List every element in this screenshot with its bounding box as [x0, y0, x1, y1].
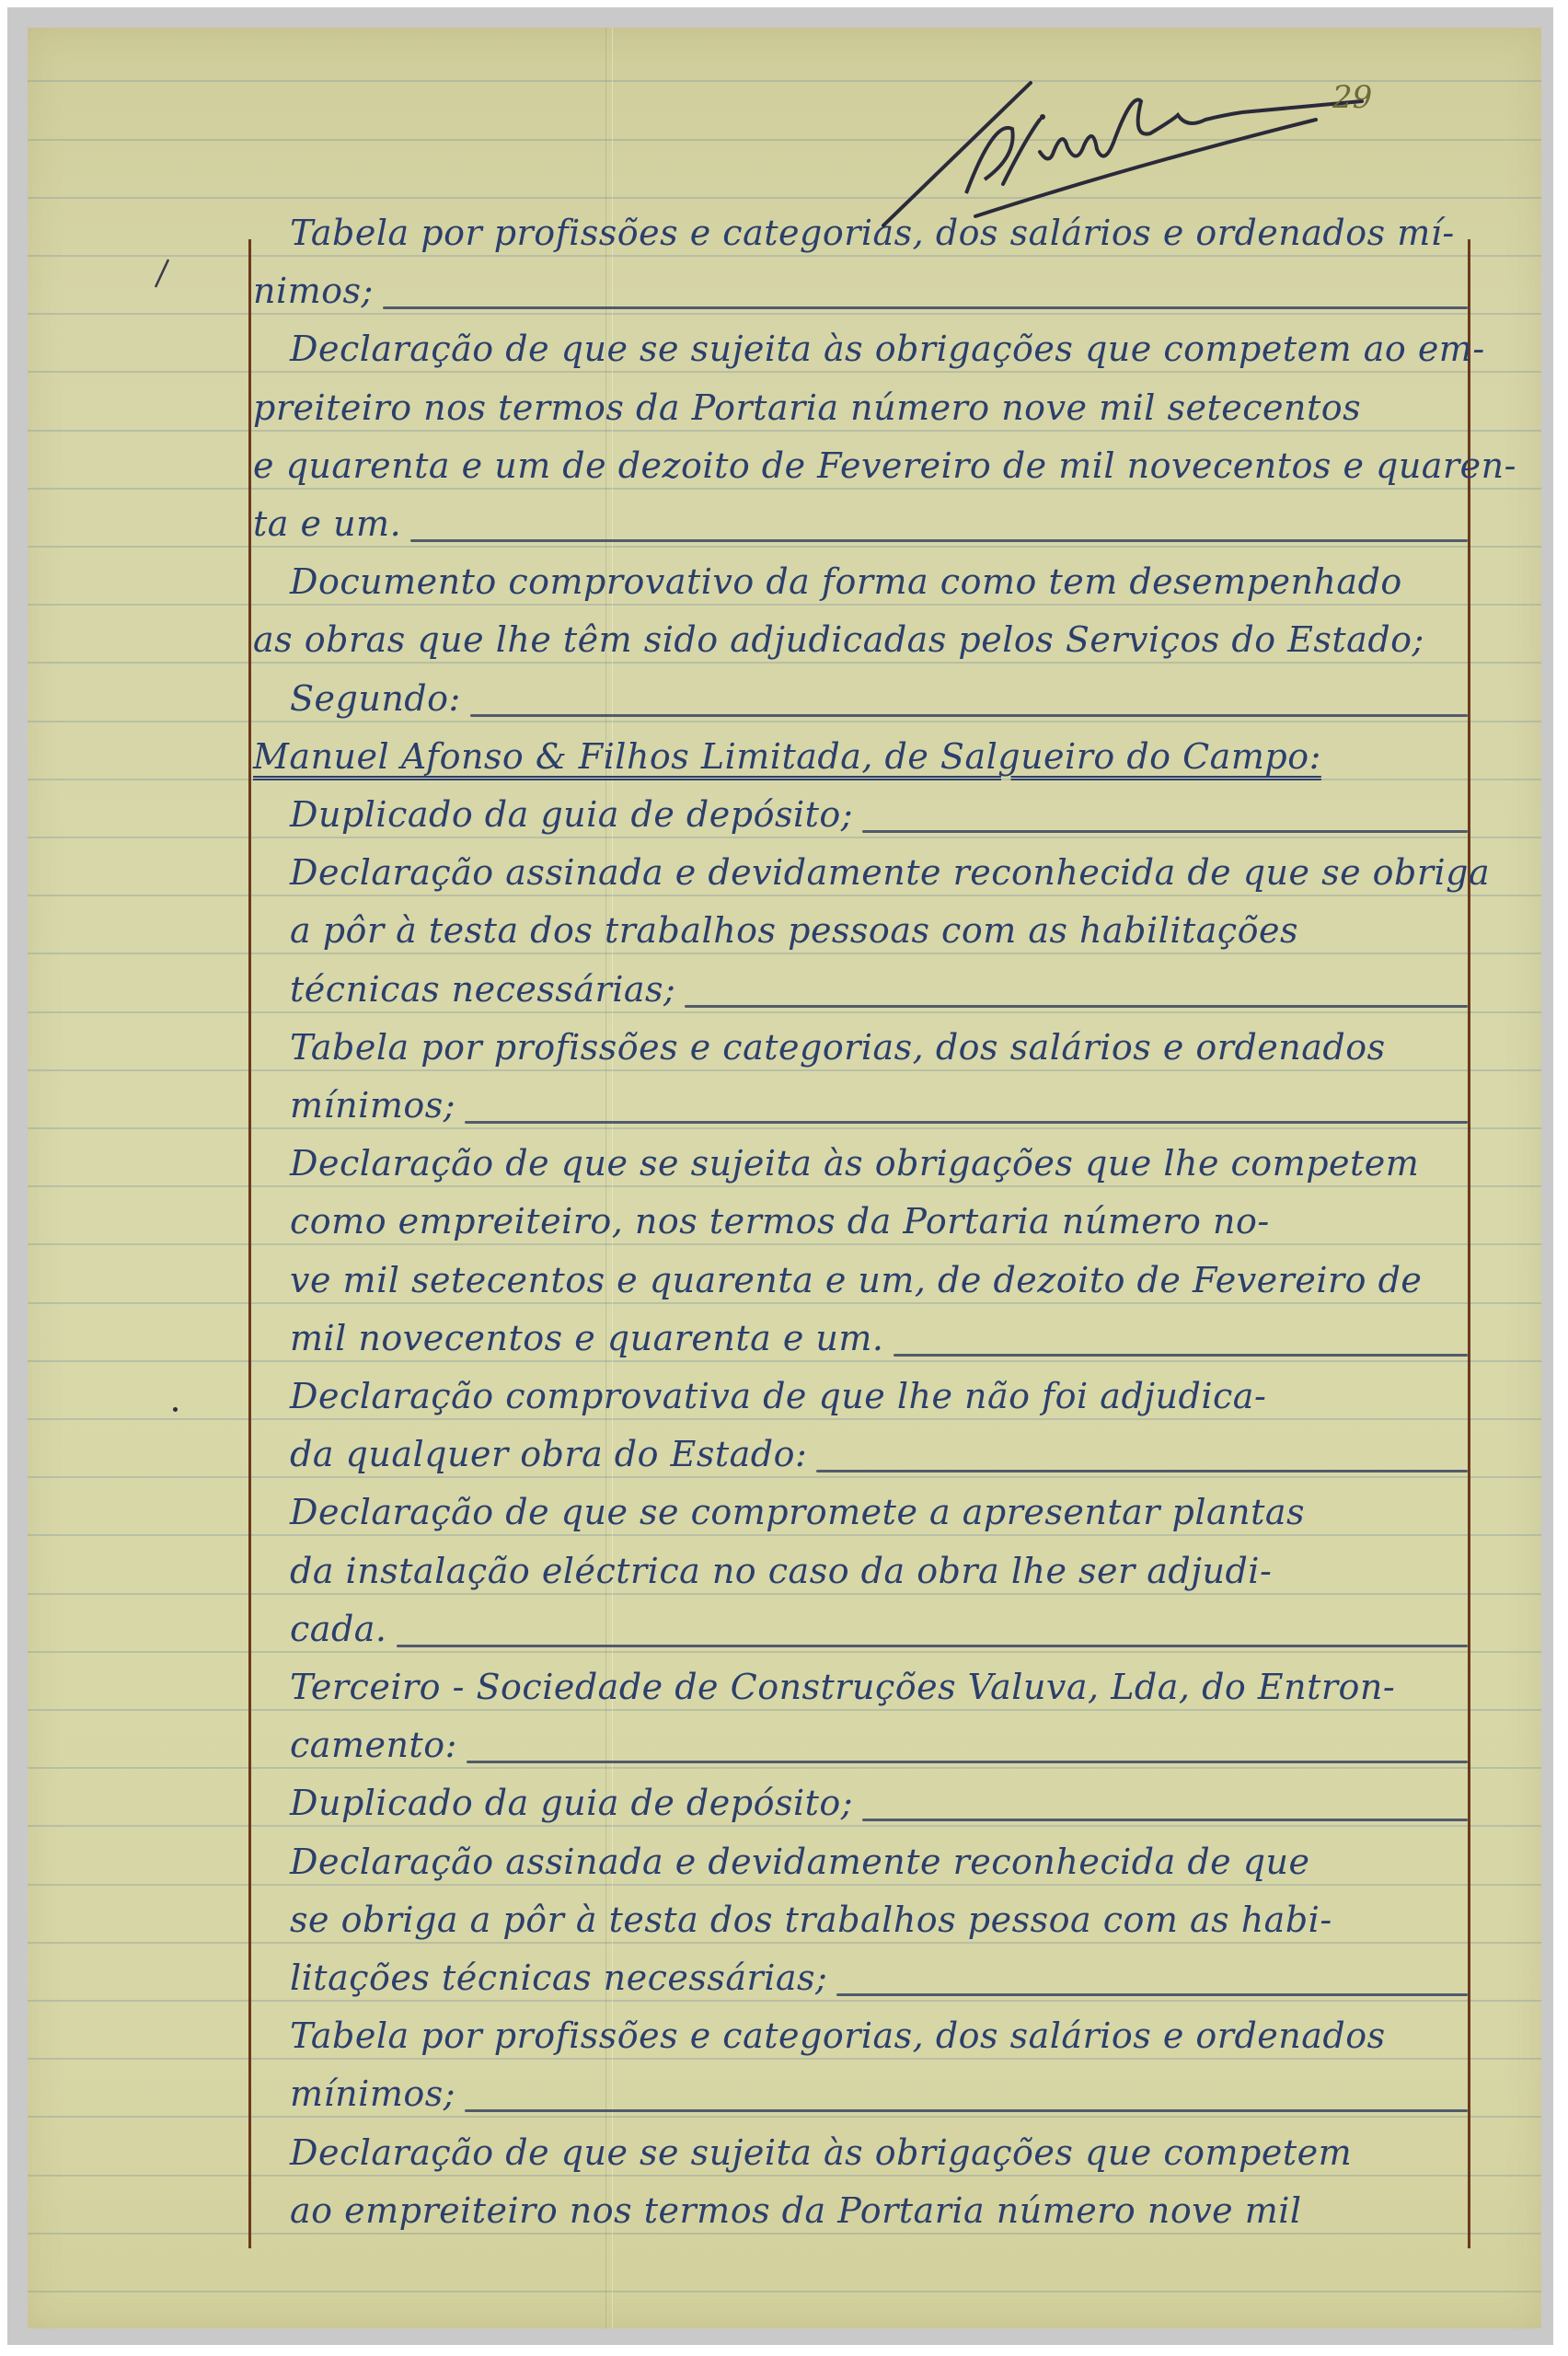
text-line: Declaração de que se sujeita às obrigaçõ… — [253, 1134, 1468, 1189]
fill-dash-line — [465, 1121, 1468, 1124]
text-line: Duplicado da guia de depósito; — [253, 1773, 1468, 1829]
text-line: da qualquer obra do Estado: — [253, 1425, 1468, 1480]
text-line: ve mil setecentos e quarenta e um, de de… — [253, 1251, 1468, 1306]
text-line: mil novecentos e quarenta e um. — [253, 1309, 1468, 1364]
text-line: da instalação eléctrica no caso da obra … — [253, 1542, 1468, 1597]
right-margin-line — [1468, 239, 1470, 2248]
fill-dash-line — [862, 830, 1468, 833]
text-line: mínimos; — [253, 2064, 1468, 2119]
text-line: Tabela por profissões e categorias, dos … — [253, 2006, 1468, 2061]
left-margin-line — [248, 239, 251, 2248]
fill-dash-line — [894, 1354, 1468, 1357]
margin-dot-mark — [173, 1407, 178, 1412]
text-line: cada. — [253, 1600, 1468, 1655]
fill-dash-line — [397, 1645, 1469, 1647]
text-line: a pôr à testa dos trabalhos pessoas com … — [253, 901, 1468, 956]
text-line: como empreiteiro, nos termos da Portaria… — [253, 1192, 1468, 1247]
margin-tick-mark-icon — [153, 258, 171, 289]
fill-dash-line — [685, 1005, 1468, 1008]
text-line: Declaração de que se sujeita às obrigaçõ… — [253, 319, 1468, 375]
text-line: mínimos; — [253, 1076, 1468, 1131]
fill-dash-line — [467, 1761, 1468, 1763]
fill-dash-line — [410, 539, 1468, 542]
text-line: Declaração assinada e devidamente reconh… — [253, 843, 1468, 898]
fill-dash-line — [470, 714, 1468, 717]
ruled-line — [28, 2291, 1541, 2292]
text-line: Declaração de que se sujeita às obrigaçõ… — [253, 2123, 1468, 2178]
text-line: Duplicado da guia de depósito; — [253, 785, 1468, 840]
fill-dash-line — [836, 1993, 1468, 1996]
fill-dash-line — [816, 1470, 1468, 1472]
text-line: Declaração comprovativa de que lhe não f… — [253, 1367, 1468, 1422]
text-line: e quarenta e um de dezoito de Fevereiro … — [253, 436, 1468, 491]
text-line: litações técnicas necessárias; — [253, 1948, 1468, 2004]
text-line: se obriga a pôr à testa dos trabalhos pe… — [253, 1890, 1468, 1946]
text-line: Tabela por profissões e categorias, dos … — [253, 1018, 1468, 1073]
text-line: preiteiro nos termos da Portaria número … — [253, 378, 1468, 433]
text-line: Documento comprovativo da forma como tem… — [253, 552, 1468, 607]
fill-dash-line — [383, 306, 1468, 309]
text-line: camento: — [253, 1715, 1468, 1771]
text-line: as obras que lhe têm sido adjudicadas pe… — [253, 610, 1468, 665]
fill-dash-line — [465, 2109, 1468, 2112]
section-label-terceiro: Terceiro - Sociedade de Construções Valu… — [253, 1657, 1468, 1713]
text-line: ta e um. — [253, 494, 1468, 549]
text-line: nimos; — [253, 261, 1468, 317]
company-heading-manuel-afonso: Manuel Afonso & Filhos Limitada, de Salg… — [253, 727, 1468, 782]
fill-dash-line — [862, 1819, 1468, 1821]
text-line: Declaração assinada e devidamente reconh… — [253, 1832, 1468, 1888]
text-line: técnicas necessárias; — [253, 960, 1468, 1015]
page-number: 29 — [1332, 79, 1372, 116]
text-line: Tabela por profissões e categorias, dos … — [253, 203, 1468, 259]
section-label-segundo: Segundo: — [253, 669, 1468, 724]
text-line: ao empreiteiro nos termos da Portaria nú… — [253, 2181, 1468, 2236]
text-line: Declaração de que se compromete a aprese… — [253, 1483, 1468, 1538]
handwritten-page: 29 Tabela por profissões e categorias, d… — [28, 28, 1541, 2328]
